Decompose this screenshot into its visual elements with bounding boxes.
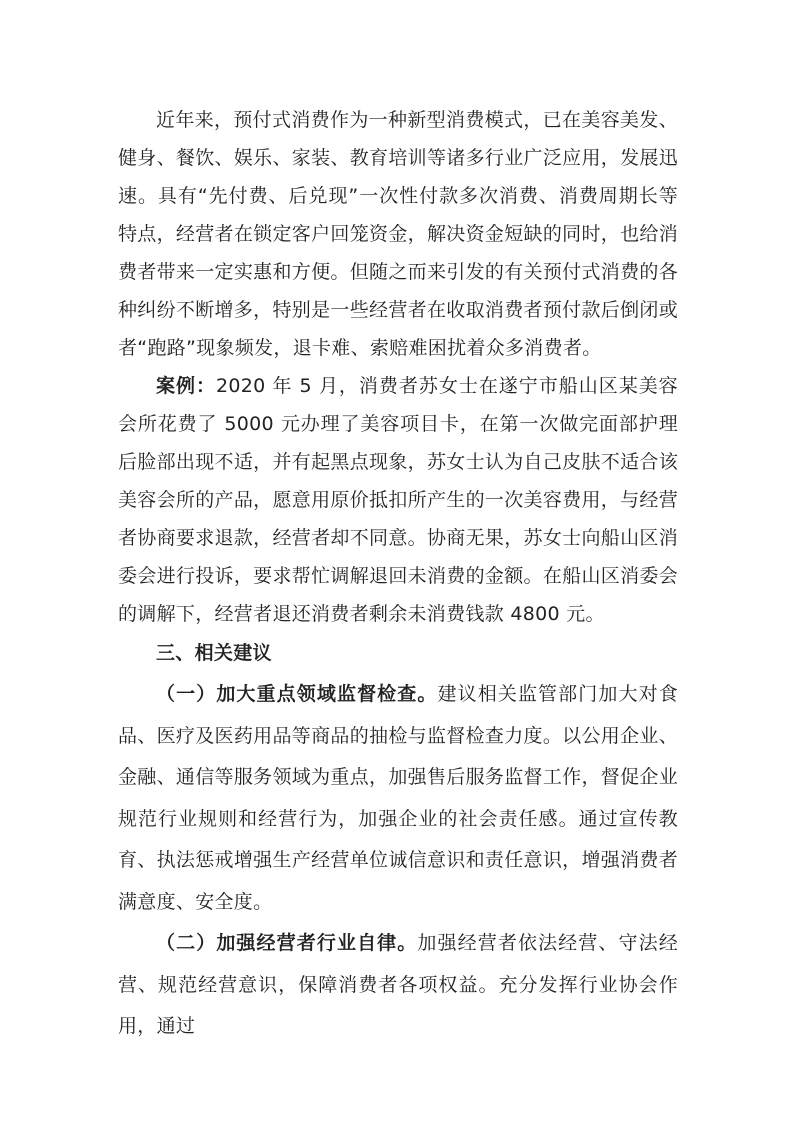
intro-paragraph: 近年来，预付式消费作为一种新型消费模式，已在美容美发、健身、餐饮、娱乐、家装、教… (118, 101, 678, 367)
suggestion-1: （一）加大重点领域监督检查。建议相关监管部门加大对食品、医疗及医药用品等商品的抽… (118, 674, 678, 923)
section-heading: 三、相关建议 (118, 633, 678, 674)
suggestion-1-text: 建议相关监管部门加大对食品、医疗及医药用品等商品的抽检与监督检查力度。以公用企业… (118, 683, 678, 913)
suggestion-2-title: （二）加强经营者行业自律。 (156, 932, 417, 954)
case-label: 案例： (156, 375, 216, 397)
case-text: 2020 年 5 月，消费者苏女士在遂宁市船山区某美容会所花费了 5000 元办… (118, 375, 678, 625)
suggestion-1-title: （一）加大重点领域监督检查。 (156, 683, 438, 705)
suggestion-2: （二）加强经营者行业自律。加强经营者依法经营、守法经营、规范经营意识，保障消费者… (118, 923, 678, 1048)
document-page: 近年来，预付式消费作为一种新型消费模式，已在美容美发、健身、餐饮、娱乐、家装、教… (118, 101, 678, 1048)
case-paragraph: 案例：2020 年 5 月，消费者苏女士在遂宁市船山区某美容会所花费了 5000… (118, 367, 678, 633)
